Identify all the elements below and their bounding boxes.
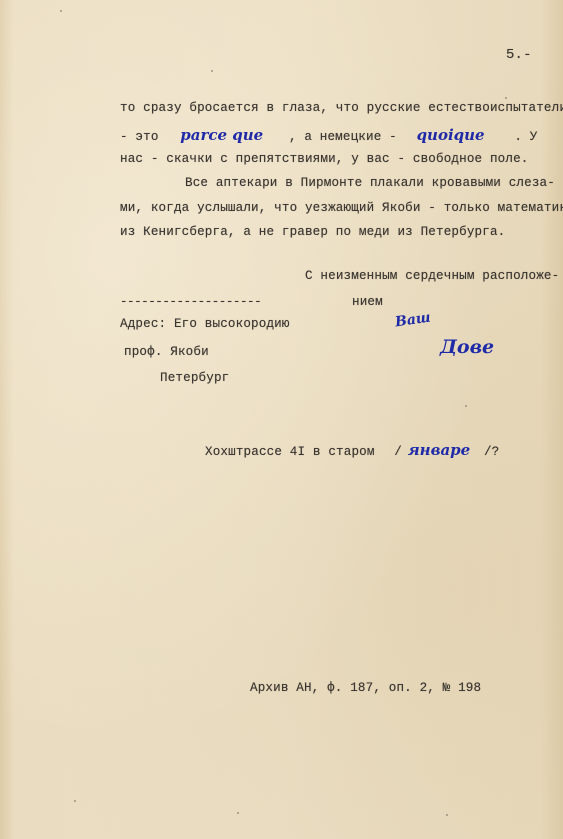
paragraph1-line2: - это parce que , а немецкие - quoique .… [120, 127, 537, 145]
paragraph1-line2-middle: , а немецкие - [289, 130, 397, 144]
paragraph1-line1: то сразу бросается в глаза, что русские … [120, 100, 563, 116]
paper-speck [211, 70, 213, 72]
paragraph1-line2-suffix: . У [514, 130, 537, 144]
archive-reference: Архив АН, ф. 187, оп. 2, № 198 [250, 680, 481, 696]
paper-speck [74, 800, 76, 802]
closing-line2: нием [352, 294, 383, 310]
paper-speck [446, 814, 448, 816]
paragraph2-line2: ми, когда услышали, что уезжающий Якоби … [120, 200, 563, 216]
signature-line1: Ваш [394, 310, 432, 331]
bracket-open: / [394, 445, 402, 459]
paper-speck [465, 405, 467, 407]
handwritten-parce-que: parce que [180, 126, 263, 144]
handwritten-month: январе [408, 441, 470, 459]
paragraph1-line2-prefix: - это [120, 130, 159, 144]
page-number: 5.- [506, 47, 532, 63]
location-date-line: Хохштрассе 4I в старом / январе /? [205, 442, 499, 460]
address-line2: проф. Якоби [124, 344, 209, 360]
address-line3: Петербург [160, 370, 229, 386]
closing-line1: С неизменным сердечным расположе- [305, 268, 559, 284]
bracket-close: /? [484, 445, 499, 459]
handwritten-quoique: quoique [417, 126, 485, 144]
paper-speck [237, 812, 239, 814]
paper-speck [60, 10, 62, 12]
paragraph2-line1: Все аптекари в Пирмонте плакали кровавым… [185, 175, 555, 191]
paper-speck [505, 97, 507, 99]
paragraph2-line3: из Кенигсберга, а не гравер по меди из П… [120, 224, 505, 240]
separator-dashes: -------------------- [120, 294, 261, 310]
document-page: 5.- то сразу бросается в глаза, что русс… [0, 0, 563, 839]
address-line1: Адрес: Его высокородию [120, 316, 290, 332]
signature-line2: Дове [440, 336, 494, 358]
location-typed: Хохштрассе 4I в старом [205, 445, 375, 459]
paragraph1-line3: нас - скачки с препятствиями, у вас - св… [120, 151, 529, 167]
